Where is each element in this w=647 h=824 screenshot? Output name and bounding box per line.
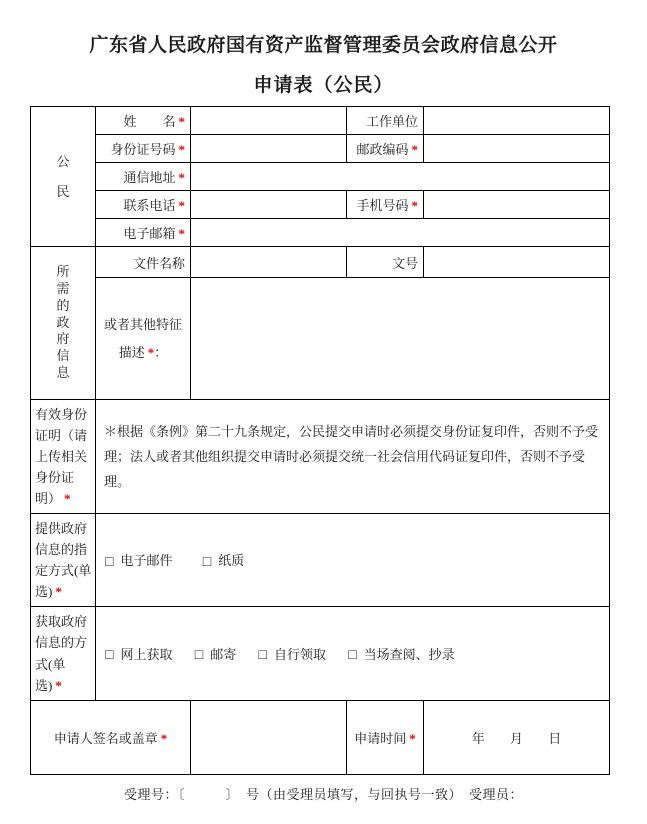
required-asterisk: * — [55, 678, 62, 693]
doc-name-input[interactable] — [191, 247, 347, 278]
mobile-input[interactable] — [424, 191, 610, 219]
doc-number-label: 文号 — [347, 247, 424, 278]
checkbox-icon[interactable]: □ — [195, 648, 203, 663]
required-asterisk: * — [179, 170, 186, 185]
id-number-input[interactable] — [191, 135, 347, 163]
needed-info-group-cell: 所需的政府信息 — [31, 247, 96, 400]
description-label: 或者其他特征描述*： — [96, 278, 191, 400]
option-label: 网上获取 — [120, 647, 172, 662]
row-signature: 申请人签名或盖章* 申请时间* 年 月 日 — [31, 700, 610, 774]
name-input[interactable] — [191, 107, 347, 135]
provide-method-options: □电子邮件 □纸质 — [96, 514, 610, 607]
name-label: 姓 名* — [96, 107, 191, 135]
doc-name-label: 文件名称 — [96, 247, 191, 278]
required-asterisk: * — [409, 731, 416, 746]
required-asterisk: * — [179, 142, 186, 157]
phone-label: 联系电话* — [96, 191, 191, 219]
option-label: 邮寄 — [210, 647, 236, 662]
acceptance-footer-line: 受理号：〔 〕 号（由受理员填写，与回执号一致） 受理员： — [0, 784, 647, 803]
sign-label-cell: 申请人签名或盖章* — [31, 700, 191, 774]
id-number-label: 身份证号码* — [96, 135, 191, 163]
option-online[interactable]: □网上获取 — [105, 647, 172, 662]
postcode-label: 邮政编码* — [347, 135, 424, 163]
checkbox-icon[interactable]: □ — [203, 555, 211, 570]
email-input[interactable] — [191, 219, 610, 247]
required-asterisk: * — [179, 226, 186, 241]
row-provide-method: 提供政府信息的指定方式(单选)* □电子邮件 □纸质 — [31, 514, 610, 607]
description-input[interactable] — [191, 278, 610, 400]
row-description: 或者其他特征描述*： — [31, 278, 610, 400]
citizen-group-label: 公民 — [56, 147, 71, 207]
identity-note: ＊根据《条例》第二十九条规定，公民提交申请时必须提交身份证复印件，否则不予受理；… — [96, 400, 610, 514]
option-self-pickup[interactable]: □自行领取 — [258, 647, 325, 662]
doc-number-input[interactable] — [424, 247, 610, 278]
checkbox-icon[interactable]: □ — [105, 648, 113, 663]
mobile-label: 手机号码* — [347, 191, 424, 219]
row-docname-docno: 所需的政府信息 文件名称 文号 — [31, 247, 610, 278]
option-mail[interactable]: □邮寄 — [195, 647, 236, 662]
address-input[interactable] — [191, 163, 610, 191]
needed-info-group-label: 所需的政府信息 — [56, 264, 71, 382]
email-label: 电子邮箱* — [96, 219, 191, 247]
required-asterisk: * — [179, 114, 186, 129]
apply-time-label-cell: 申请时间* — [347, 700, 424, 774]
option-label: 当场查阅、抄录 — [364, 647, 455, 662]
address-label: 通信地址* — [96, 163, 191, 191]
obtain-method-options: □网上获取 □邮寄 □自行领取 □当场查阅、抄录 — [96, 607, 610, 700]
work-unit-input[interactable] — [424, 107, 610, 135]
apply-date-input[interactable]: 年 月 日 — [424, 700, 610, 774]
postcode-input[interactable] — [424, 135, 610, 163]
required-asterisk: * — [412, 142, 419, 157]
checkbox-icon[interactable]: □ — [105, 555, 113, 570]
identity-label-cell: 有效身份证明（请上传相关身份证明）* — [31, 400, 96, 514]
page-subtitle: 申请表（公民） — [0, 70, 647, 97]
phone-input[interactable] — [191, 191, 347, 219]
row-phone-mobile: 联系电话* 手机号码* — [31, 191, 610, 219]
required-asterisk: * — [161, 731, 168, 746]
signature-input[interactable] — [191, 700, 347, 774]
required-asterisk: * — [64, 491, 71, 506]
option-label: 电子邮件 — [120, 553, 172, 568]
option-electronic-mail[interactable]: □电子邮件 — [105, 553, 172, 568]
option-onsite-review[interactable]: □当场查阅、抄录 — [348, 647, 454, 662]
checkbox-icon[interactable]: □ — [258, 648, 266, 663]
work-unit-label: 工作单位 — [347, 107, 424, 135]
provide-method-label-cell: 提供政府信息的指定方式(单选)* — [31, 514, 96, 607]
application-form-table: 公民 姓 名* 工作单位 身份证号码* 邮政编码* 通信地址* 联系电话* 手机… — [30, 106, 610, 775]
option-label: 纸质 — [218, 553, 244, 568]
option-label: 自行领取 — [274, 647, 326, 662]
row-name-workunit: 公民 姓 名* 工作单位 — [31, 107, 610, 135]
row-identity-proof: 有效身份证明（请上传相关身份证明）* ＊根据《条例》第二十九条规定，公民提交申请… — [31, 400, 610, 514]
option-paper[interactable]: □纸质 — [203, 553, 244, 568]
required-asterisk: * — [412, 198, 419, 213]
required-asterisk: * — [55, 584, 62, 599]
row-obtain-method: 获取政府信息的方式(单选)* □网上获取 □邮寄 □自行领取 □当场查阅、抄录 — [31, 607, 610, 700]
citizen-group-cell: 公民 — [31, 107, 96, 247]
page-title: 广东省人民政府国有资产监督管理委员会政府信息公开 — [0, 30, 647, 57]
required-asterisk: * — [179, 198, 186, 213]
row-id-postcode: 身份证号码* 邮政编码* — [31, 135, 610, 163]
checkbox-icon[interactable]: □ — [348, 648, 356, 663]
obtain-method-label-cell: 获取政府信息的方式(单选)* — [31, 607, 96, 700]
row-address: 通信地址* — [31, 163, 610, 191]
row-email: 电子邮箱* — [31, 219, 610, 247]
